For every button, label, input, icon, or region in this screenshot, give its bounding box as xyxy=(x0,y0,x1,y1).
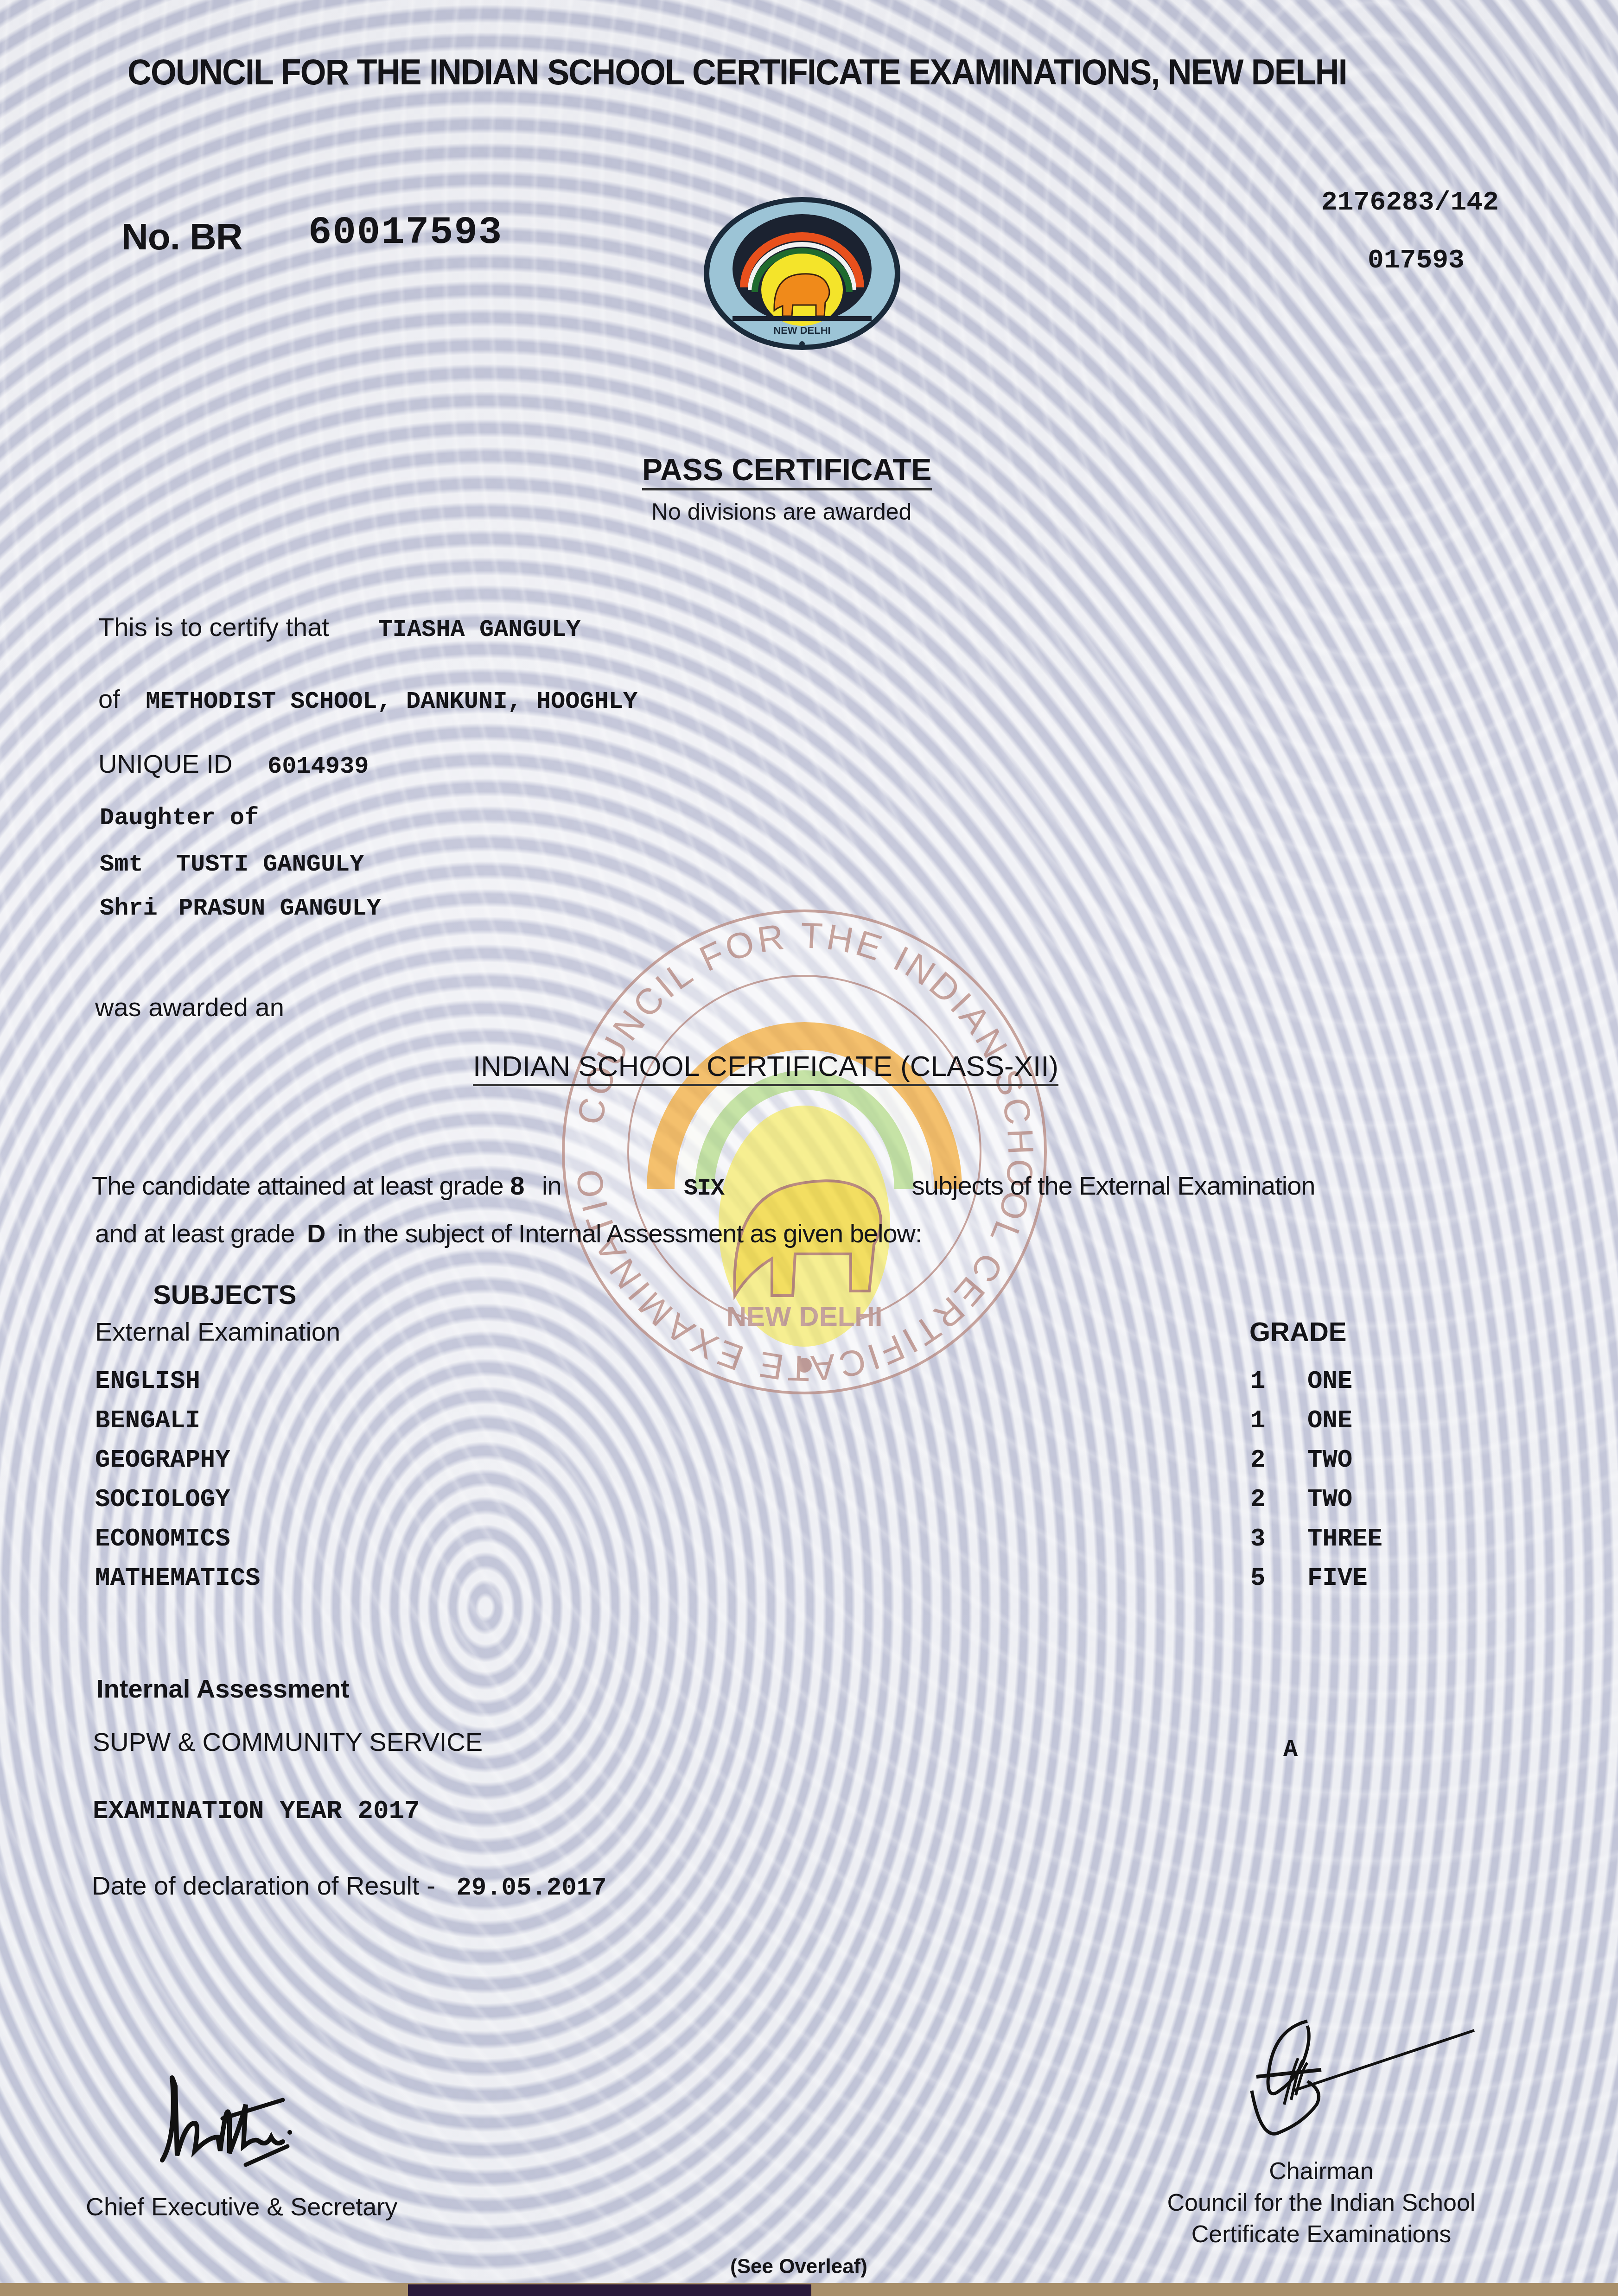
unique-id-label: UNIQUE ID xyxy=(98,749,232,778)
chairman-block: Chairman Council for the Indian School C… xyxy=(1140,2156,1502,2250)
mother-line: Smt TUSTI GANGULY xyxy=(100,851,364,878)
reference-number: 2176283/142 xyxy=(1321,188,1499,218)
grade-number: 5 xyxy=(1250,1565,1265,1593)
chairman-org-line1: Council for the Indian School xyxy=(1140,2187,1502,2219)
candidate-name: TIASHA GANGULY xyxy=(378,616,581,643)
signature-icon xyxy=(148,2067,380,2179)
mother-prefix: Smt xyxy=(100,851,143,878)
statement-text: in xyxy=(542,1171,561,1200)
father-line: Shri PRASUN GANGULY xyxy=(100,895,381,922)
stamp-city-text: NEW DELHI xyxy=(726,1301,883,1332)
chief-executive-title: Chief Executive & Secretary xyxy=(86,2193,397,2221)
logo-city-text: NEW DELHI xyxy=(773,324,830,336)
cisce-emblem-icon: NEW DELHI xyxy=(700,195,904,352)
school-name: METHODIST SCHOOL, DANKUNI, HOOGHLY xyxy=(146,688,637,715)
subjects-header: SUBJECTS xyxy=(153,1279,296,1310)
father-prefix: Shri xyxy=(100,895,158,922)
school-line: of METHODIST SCHOOL, DANKUNI, HOOGHLY xyxy=(98,684,637,715)
subject-name: GEOGRAPHY xyxy=(95,1446,230,1475)
external-min-grade: 8 xyxy=(510,1171,524,1200)
certify-label: This is to certify that xyxy=(98,612,329,642)
grade-number: 1 xyxy=(1250,1367,1265,1396)
see-overleaf-note: (See Overleaf) xyxy=(730,2255,867,2278)
declaration-label: Date of declaration of Result - xyxy=(92,1871,435,1900)
grade-words: TWO xyxy=(1307,1446,1352,1475)
external-exam-label: External Examination xyxy=(95,1317,340,1347)
certificate-number-label: No. BR xyxy=(121,216,242,258)
unique-id: 6014939 xyxy=(268,753,369,780)
subject-name: SOCIOLOGY xyxy=(95,1486,230,1514)
subject-name: BENGALI xyxy=(95,1407,200,1435)
grade-words: ONE xyxy=(1307,1367,1352,1396)
statement-line-1: The candidate attained at least grade 8 … xyxy=(92,1170,1315,1202)
examination-year: EXAMINATION YEAR 2017 xyxy=(93,1796,420,1826)
grade-number: 1 xyxy=(1250,1407,1265,1435)
subject-name: ENGLISH xyxy=(95,1367,200,1396)
of-label: of xyxy=(98,684,120,713)
internal-assessment-label: Internal Assessment xyxy=(96,1673,350,1704)
certify-line: This is to certify that TIASHA GANGULY xyxy=(98,612,580,643)
certificate-number: 60017593 xyxy=(308,211,503,255)
grade-words: TWO xyxy=(1307,1486,1352,1514)
grade-words: FIVE xyxy=(1307,1565,1368,1593)
mother-name: TUSTI GANGULY xyxy=(176,851,364,878)
subject-name: ECONOMICS xyxy=(95,1525,230,1553)
statement-text: The candidate attained at least grade xyxy=(92,1171,503,1200)
statement-text: in the subject of Internal Assessment as… xyxy=(338,1219,922,1248)
father-name: PRASUN GANGULY xyxy=(178,895,381,922)
chairman-org-line2: Certificate Examinations xyxy=(1140,2219,1502,2250)
chairman-title: Chairman xyxy=(1140,2156,1502,2187)
internal-min-grade: D xyxy=(307,1219,325,1248)
grade-words: THREE xyxy=(1307,1525,1382,1553)
dark-object-edge xyxy=(408,2284,811,2296)
relation-label: Daughter of xyxy=(100,804,259,832)
declaration-date: 29.05.2017 xyxy=(456,1874,606,1902)
unique-id-line: UNIQUE ID 6014939 xyxy=(98,749,369,780)
council-watermark-stamp: COUNCIL FOR THE INDIAN SCHOOL CERTIFICAT… xyxy=(554,902,1055,1402)
grade-header: GRADE xyxy=(1249,1317,1346,1348)
statement-line-2: and at least grade D in the subject of I… xyxy=(95,1218,922,1248)
declaration-line: Date of declaration of Result - 29.05.20… xyxy=(92,1870,606,1902)
statement-text: and at least grade xyxy=(95,1219,294,1248)
grade-number: 2 xyxy=(1250,1486,1265,1514)
internal-grade: A xyxy=(1283,1736,1298,1763)
signature-icon xyxy=(1242,2012,1484,2151)
grade-number: 2 xyxy=(1250,1446,1265,1475)
awarded-label: was awarded an xyxy=(95,992,284,1022)
grade-number: 3 xyxy=(1250,1525,1265,1553)
serial-number: 017593 xyxy=(1368,246,1465,276)
certificate-title: PASS CERTIFICATE xyxy=(642,452,932,490)
statement-text: subjects of the External Examination xyxy=(912,1171,1315,1200)
award-title: INDIAN SCHOOL CERTIFICATE (CLASS-XII) xyxy=(473,1050,1058,1086)
grade-words: ONE xyxy=(1307,1407,1352,1435)
internal-subject: SUPW & COMMUNITY SERVICE xyxy=(93,1727,483,1757)
certificate-subtitle: No divisions are awarded xyxy=(651,498,911,525)
subject-name: MATHEMATICS xyxy=(95,1565,260,1593)
council-title: COUNCIL FOR THE INDIAN SCHOOL CERTIFICAT… xyxy=(127,51,1347,93)
subject-count: SIX xyxy=(684,1176,724,1202)
